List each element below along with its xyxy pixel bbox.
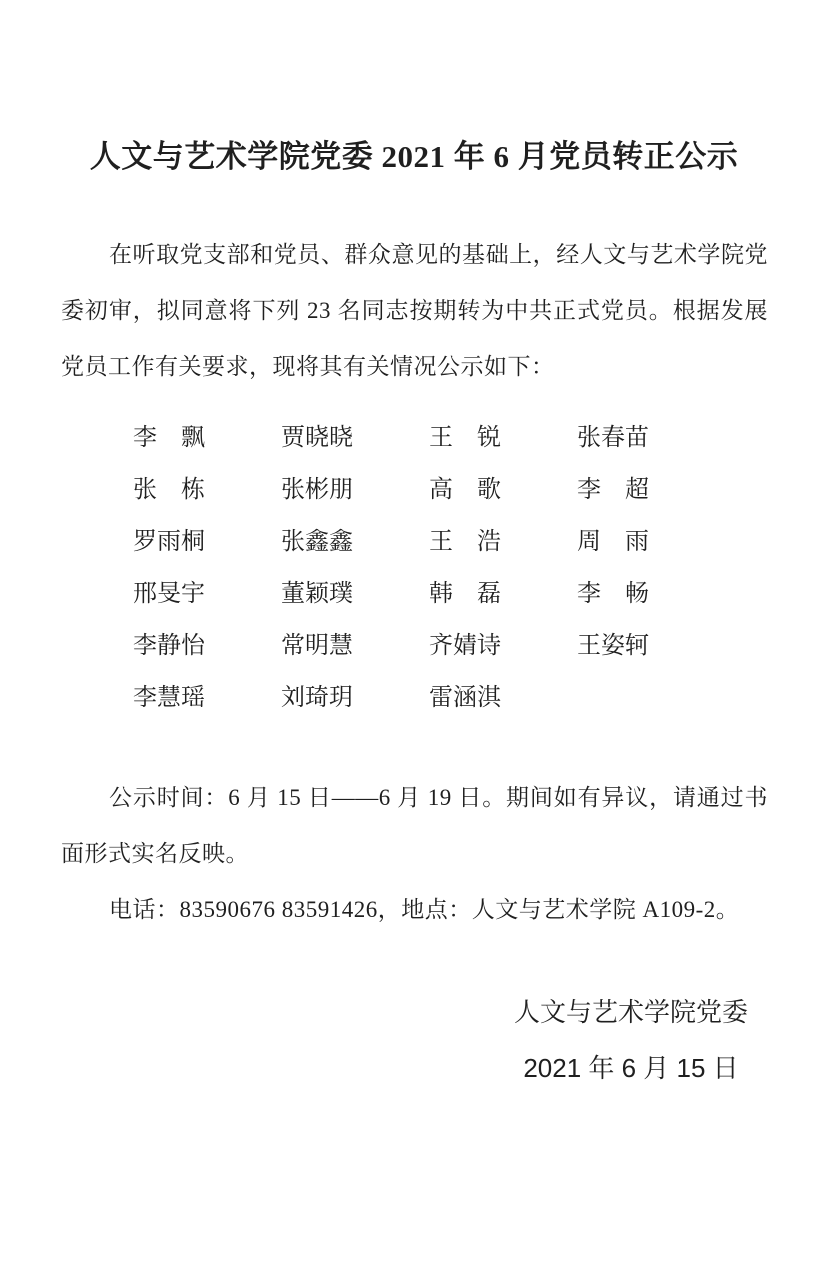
signature-org: 人文与艺术学院党委 bbox=[514, 984, 748, 1040]
name-cell: 雷涵淇 bbox=[429, 672, 577, 724]
name-cell: 张春苗 bbox=[577, 412, 725, 464]
name-cell: 齐婧诗 bbox=[429, 620, 577, 672]
announcement-page: 人文与艺术学院党委 2021 年 6 月党员转正公示 在听取党支部和党员、群众意… bbox=[0, 0, 828, 1274]
name-cell: 李 超 bbox=[577, 464, 725, 516]
intro-paragraph: 在听取党支部和党员、群众意见的基础上，经人文与艺术学院党委初审，拟同意将下列 2… bbox=[61, 227, 768, 395]
name-cell: 张鑫鑫 bbox=[281, 516, 429, 568]
name-cell: 周 雨 bbox=[577, 516, 725, 568]
name-cell: 贾晓晓 bbox=[281, 412, 429, 464]
name-cell: 常明慧 bbox=[281, 620, 429, 672]
name-cell: 李慧瑶 bbox=[133, 672, 281, 724]
name-cell: 高 歌 bbox=[429, 464, 577, 516]
name-cell: 韩 磊 bbox=[429, 568, 577, 620]
name-cell: 王姿轲 bbox=[577, 620, 725, 672]
name-cell: 李 飘 bbox=[133, 412, 281, 464]
names-grid: 李 飘 贾晓晓 王 锐 张春苗 张 栋 张彬朋 高 歌 李 超 罗雨桐 张鑫鑫 … bbox=[133, 412, 725, 724]
signature-block: 人文与艺术学院党委 2021 年 6 月 15 日 bbox=[514, 984, 748, 1096]
name-cell: 李静怡 bbox=[133, 620, 281, 672]
name-cell: 刘琦玥 bbox=[281, 672, 429, 724]
name-cell: 张彬朋 bbox=[281, 464, 429, 516]
notice-paragraph: 公示时间：6 月 15 日——6 月 19 日。期间如有异议，请通过书面形式实名… bbox=[61, 770, 768, 882]
contact-paragraph: 电话：83590676 83591426，地点：人文与艺术学院 A109-2。 bbox=[61, 882, 768, 938]
name-cell: 王 锐 bbox=[429, 412, 577, 464]
name-cell: 张 栋 bbox=[133, 464, 281, 516]
name-cell: 李 畅 bbox=[577, 568, 725, 620]
name-cell: 王 浩 bbox=[429, 516, 577, 568]
signature-date: 2021 年 6 月 15 日 bbox=[514, 1040, 748, 1096]
page-title: 人文与艺术学院党委 2021 年 6 月党员转正公示 bbox=[0, 131, 828, 176]
name-cell: 董颖璞 bbox=[281, 568, 429, 620]
name-cell: 罗雨桐 bbox=[133, 516, 281, 568]
name-cell: 邢旻宇 bbox=[133, 568, 281, 620]
notice-section: 公示时间：6 月 15 日——6 月 19 日。期间如有异议，请通过书面形式实名… bbox=[61, 770, 768, 938]
name-cell bbox=[577, 672, 725, 724]
